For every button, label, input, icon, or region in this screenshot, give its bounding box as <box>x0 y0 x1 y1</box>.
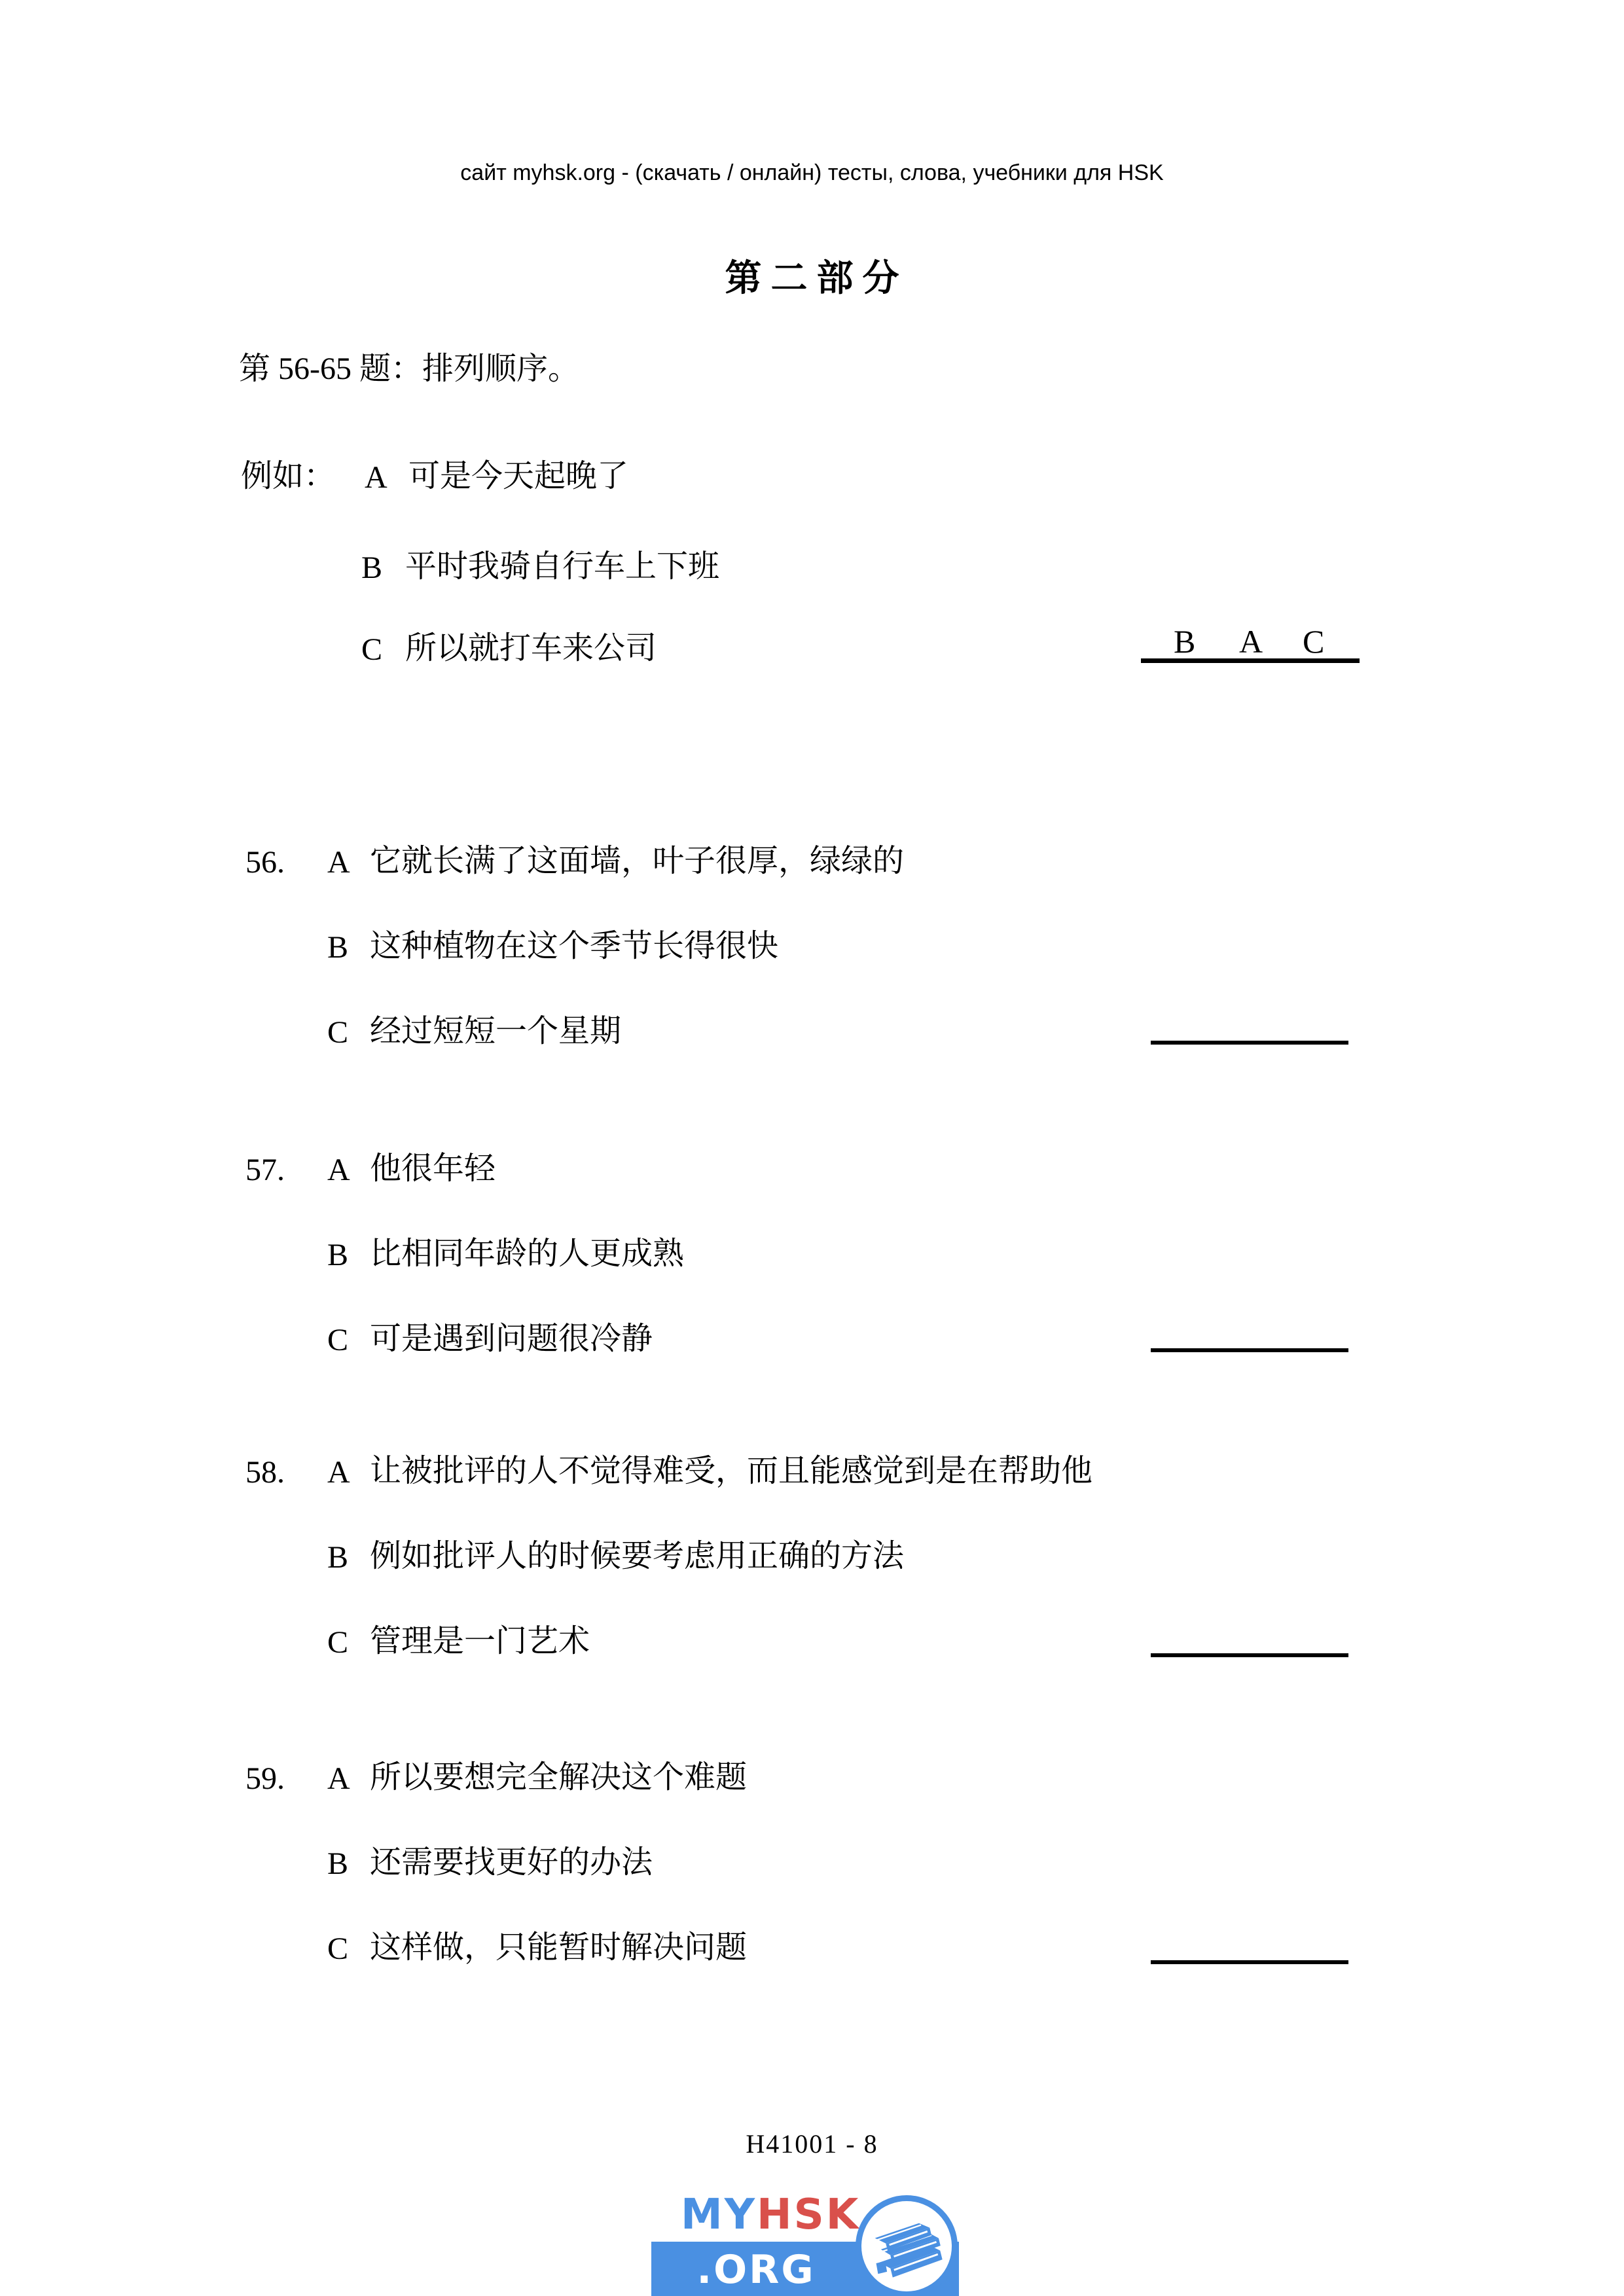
option-letter: B <box>327 1541 348 1575</box>
option-text: 所以要想完全解决这个难题 <box>370 1761 747 1795</box>
option-text: 比相同年龄的人更成熟 <box>370 1237 684 1271</box>
example-option-letter: C <box>361 633 382 667</box>
option-text: 可是遇到问题很冷静 <box>370 1322 653 1356</box>
answer-blank-line <box>1151 1960 1348 1964</box>
option-letter: A <box>327 1153 350 1187</box>
document-page: сайт myhsk.org - (скачать / онлайн) тест… <box>0 0 1624 2296</box>
example-option-text: 所以就打车来公司 <box>405 632 657 666</box>
option-letter: A <box>327 846 350 880</box>
section-title: 第 二 部 分 <box>0 260 1624 297</box>
example-option-letter: A <box>365 461 388 495</box>
logo-org: .ORG <box>651 2250 861 2289</box>
logo-myhsk: MYHSK <box>681 2194 860 2236</box>
question-number: 59. <box>245 1762 285 1796</box>
answer-blank-line <box>1151 1041 1348 1045</box>
example-label: 例如： <box>241 459 335 493</box>
answer-blank-line <box>1151 1348 1348 1352</box>
question-number: 57. <box>245 1153 285 1187</box>
example-option-text: 可是今天起晚了 <box>408 459 628 493</box>
example-answer-letter: B <box>1174 625 1195 658</box>
example-answer-letter: A <box>1239 625 1263 658</box>
option-text: 例如批评人的时候要考虑用正确的方法 <box>370 1539 904 1573</box>
option-text: 还需要找更好的办法 <box>370 1846 653 1880</box>
option-letter: B <box>327 931 348 965</box>
option-text: 经过短短一个星期 <box>370 1014 621 1049</box>
option-letter: C <box>327 1323 348 1357</box>
question-number: 58. <box>245 1456 285 1490</box>
footer-page-code: H41001 - 8 <box>0 2128 1624 2159</box>
option-text: 这样做，只能暂时解决问题 <box>370 1931 747 1965</box>
books-stack-icon <box>868 2208 945 2285</box>
option-text: 它就长满了这面墙，叶子很厚，绿绿的 <box>370 844 904 878</box>
logo-hsk: HSK <box>757 2191 860 2239</box>
option-letter: A <box>327 1762 350 1796</box>
option-letter: C <box>327 1932 348 1966</box>
example-option-text: 平时我骑自行车上下班 <box>405 550 719 584</box>
logo-my: MY <box>681 2191 757 2239</box>
option-letter: B <box>327 1847 348 1881</box>
question-number: 56. <box>245 846 285 880</box>
option-letter: C <box>327 1626 348 1660</box>
example-option-letter: B <box>361 551 382 585</box>
answer-blank-line <box>1151 1653 1348 1657</box>
example-answer-underline <box>1141 658 1360 663</box>
header-site-note: сайт myhsk.org - (скачать / онлайн) тест… <box>0 161 1624 185</box>
option-letter: A <box>327 1456 350 1490</box>
option-text: 管理是一门艺术 <box>370 1624 590 1659</box>
option-text: 他很年轻 <box>370 1152 496 1186</box>
option-text: 这种植物在这个季节长得很快 <box>370 929 778 963</box>
option-letter: C <box>327 1016 348 1050</box>
option-letter: B <box>327 1238 348 1272</box>
logo-circle <box>856 2195 958 2296</box>
option-text: 让被批评的人不觉得难受，而且能感觉到是在帮助他 <box>370 1454 1092 1488</box>
example-answer-letter: C <box>1303 625 1324 658</box>
instruction-line: 第 56-65 题：排列顺序。 <box>239 352 579 386</box>
